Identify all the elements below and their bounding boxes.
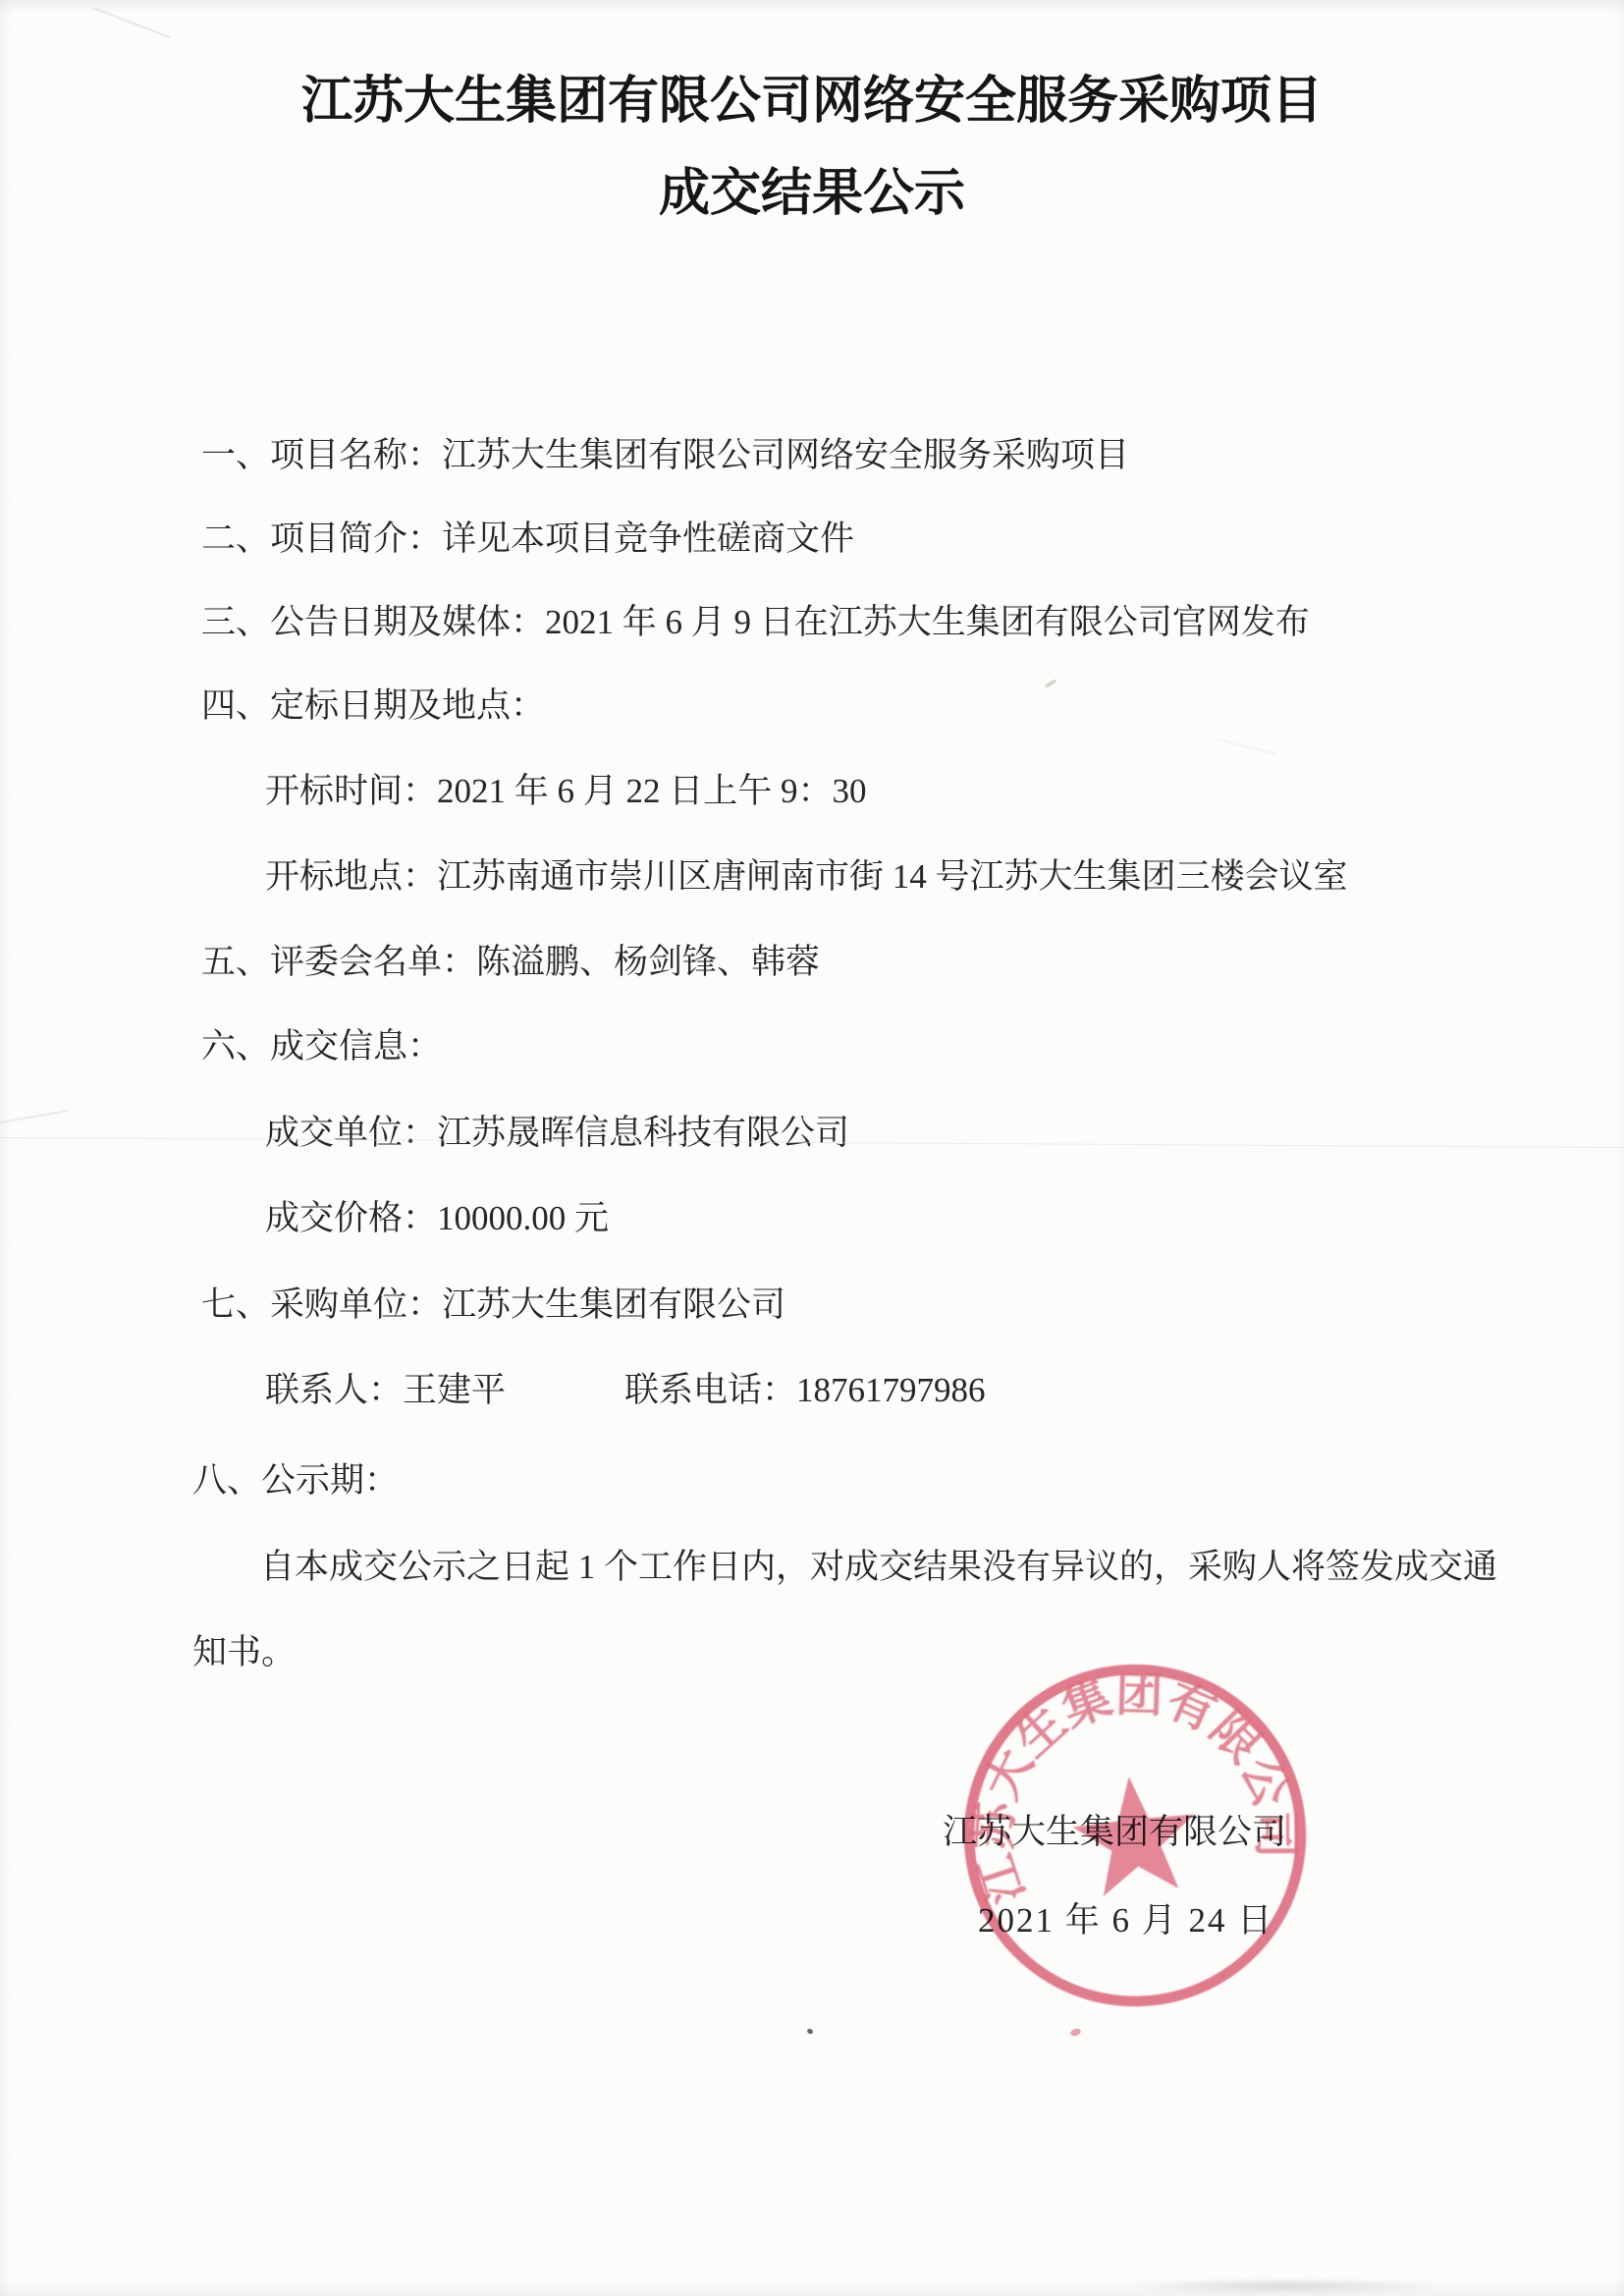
contact-phone: 联系电话：18761797986 xyxy=(624,1370,986,1411)
item-bid-open-place: 开标地点：江苏南通市崇川区唐闸南市街 14 号江苏大生集团三楼会议室 xyxy=(265,856,1348,898)
contact-person: 联系人：王建平 xyxy=(265,1370,506,1411)
document-title-line2: 成交结果公示 xyxy=(0,165,1624,224)
scan-crease xyxy=(1218,739,1275,754)
scan-crease xyxy=(92,7,170,38)
scan-speck xyxy=(806,2028,814,2035)
item-project-name: 一、项目名称：江苏大生集团有限公司网络安全服务采购项目 xyxy=(201,435,1129,476)
item-jury-list: 五、评委会名单：陈溢鹏、杨剑锋、韩蓉 xyxy=(201,942,820,983)
scanned-document-page: 江苏大生集团有限公司网络安全服务采购项目 成交结果公示 一、项目名称：江苏大生集… xyxy=(0,0,1624,2296)
document-title-line1: 江苏大生集团有限公司网络安全服务采购项目 xyxy=(0,73,1624,132)
company-seal-stamp: 江苏大生集团有限公司 xyxy=(930,1630,1340,2041)
item-purchaser: 七、采购单位：江苏大生集团有限公司 xyxy=(201,1285,785,1326)
item-award-date-place: 四、定标日期及地点： xyxy=(201,685,545,727)
item-award-price: 成交价格：10000.00 元 xyxy=(265,1198,609,1239)
scan-crease xyxy=(0,1110,68,1123)
seal-star-icon xyxy=(1068,1771,1202,1899)
item-bid-open-time: 开标时间：2021 年 6 月 22 日上午 9：30 xyxy=(265,771,867,812)
scan-smudge xyxy=(1129,2278,1443,2294)
item-announce-date-media: 三、公告日期及媒体：2021 年 6 月 9 日在江苏大生集团有限公司官网发布 xyxy=(201,602,1310,643)
item-award-supplier: 成交单位：江苏晟晖信息科技有限公司 xyxy=(265,1113,849,1154)
item-publicity-period: 八、公示期： xyxy=(192,1460,399,1502)
item-award-info: 六、成交信息： xyxy=(201,1026,442,1067)
publicity-paragraph-line2: 知书。 xyxy=(192,1632,296,1673)
publicity-paragraph-line1: 自本成交公示之日起 1 个工作日内，对成交结果没有异议的，采购人将签发成交通 xyxy=(260,1547,1497,1588)
scan-speck xyxy=(1044,679,1057,688)
item-project-brief: 二、项目简介：详见本项目竞争性磋商文件 xyxy=(201,519,854,560)
